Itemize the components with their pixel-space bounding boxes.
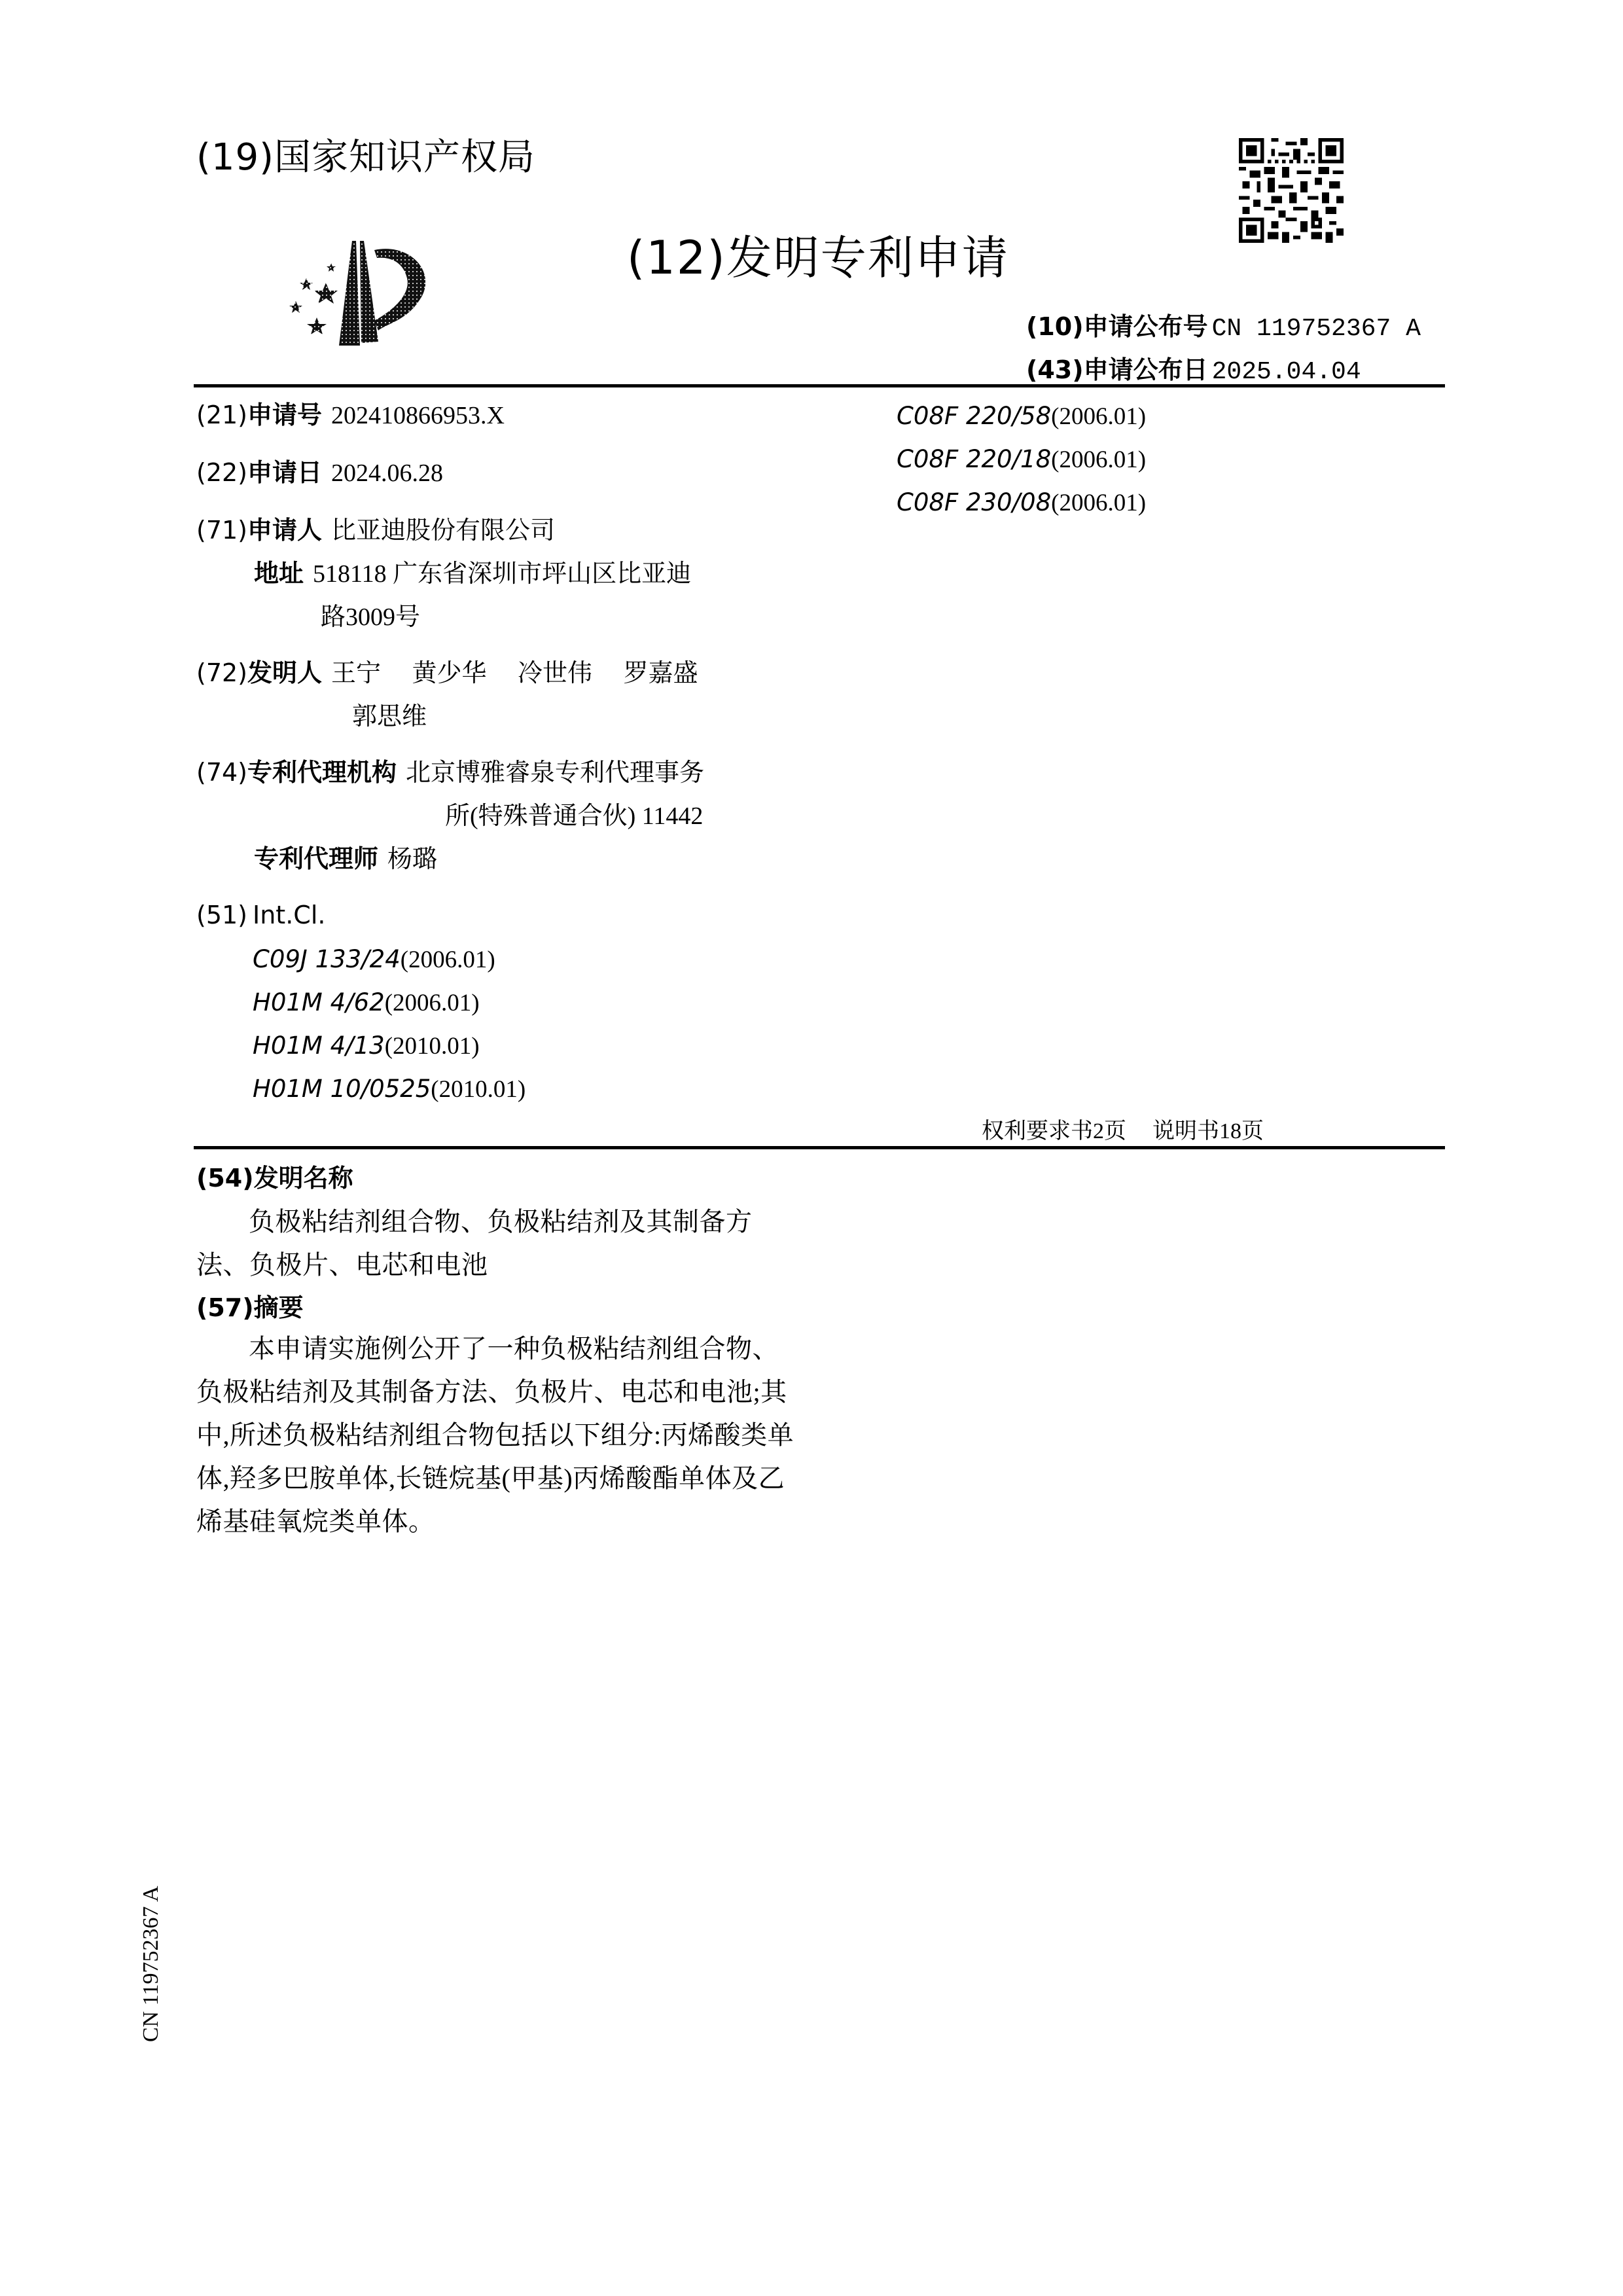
description-page-count: 说明书18页 [1152, 1119, 1264, 1143]
document-type-title: (12)发明专利申请 [627, 221, 1009, 287]
applicant-value: 比亚迪股份有限公司 [331, 517, 555, 545]
inventors-field: (72)发明人王宁 黄少华 冷世伟 罗嘉盛 [196, 660, 698, 687]
address-field: 地址518118 广东省深圳市坪山区比亚迪 [254, 560, 691, 587]
inventors-label: 发明人 [247, 658, 322, 687]
claims-page-count: 权利要求书2页 [982, 1119, 1126, 1143]
inventors-line-1: 王宁 黄少华 冷世伟 罗嘉盛 [331, 660, 698, 687]
top-divider [194, 384, 1445, 387]
address-label: 地址 [254, 559, 304, 588]
abstract-text: 本申请实施例公开了一种负极粘结剂组合物、负极粘结剂及其制备方法、负极片、电芯和电… [196, 1327, 798, 1543]
int-cl-version: (2010.01) [385, 1033, 480, 1060]
inventors-line-2-row: 郭思维 [352, 703, 427, 730]
applicant-label: 申请人 [247, 516, 322, 545]
field-code: (74) [196, 758, 247, 787]
int-cl-code: H01M 4/62 [253, 988, 385, 1016]
field-code: (71) [196, 516, 247, 545]
agency-field: (74)专利代理机构北京博雅睿泉专利代理事务 [196, 759, 704, 786]
application-number-value: 202410866953.X [331, 402, 505, 429]
int-cl-label: Int.Cl. [253, 901, 325, 929]
address-line-2: 路3009号 [321, 603, 420, 631]
int-cl-field: (51)Int.Cl. [196, 902, 325, 928]
int-cl-entry: C09J 133/24(2006.01) [253, 945, 495, 974]
inventors-line-2: 郭思维 [352, 703, 427, 730]
int-cl-code: H01M 10/0525 [253, 1075, 431, 1103]
int-cl-version: (2006.01) [1051, 446, 1146, 473]
cnipa-logo-icon [262, 223, 425, 347]
int-cl-entry: C08F 220/58(2006.01) [897, 402, 1146, 431]
int-cl-code: C08F 230/08 [897, 488, 1051, 516]
int-cl-code: C08F 220/58 [897, 402, 1051, 430]
int-cl-version: (2010.01) [431, 1076, 526, 1103]
abstract-heading-text: (57)摘要 [196, 1293, 304, 1322]
agent-label: 专利代理师 [254, 844, 378, 873]
int-cl-version: (2006.01) [1051, 490, 1146, 516]
page-counts: 权利要求书2页说明书18页 [982, 1113, 1264, 1145]
agent-field: 专利代理师杨璐 [254, 846, 437, 872]
publication-date-row: (43)申请公布日2025.04.04 [1026, 350, 1361, 386]
title-heading: (54)发明名称 [196, 1165, 353, 1191]
address-line-2-row: 路3009号 [321, 603, 420, 630]
field-code: (72) [196, 658, 247, 687]
bottom-divider [194, 1146, 1445, 1149]
publication-number-value: CN 119752367 A [1212, 315, 1421, 343]
filing-date-value: 2024.06.28 [331, 459, 443, 487]
int-cl-version: (2006.01) [1051, 403, 1146, 430]
int-cl-code: C08F 220/18 [897, 445, 1051, 473]
int-cl-entry: C08F 230/08(2006.01) [897, 488, 1146, 517]
title-heading-text: (54)发明名称 [196, 1164, 353, 1193]
field-code: (51) [196, 901, 247, 929]
agency-label: 专利代理机构 [247, 758, 397, 787]
int-cl-entry: H01M 4/62(2006.01) [253, 988, 480, 1017]
application-number-field: (21)申请号202410866953.X [196, 402, 505, 429]
field-code: (21) [196, 401, 247, 429]
agency-line-1: 北京博雅睿泉专利代理事务 [406, 759, 704, 787]
applicant-field: (71)申请人比亚迪股份有限公司 [196, 517, 555, 544]
office-name: (19)国家知识产权局 [196, 128, 535, 181]
publication-date-label: (43)申请公布日 [1026, 355, 1208, 384]
qr-code-icon[interactable] [1239, 137, 1344, 243]
int-cl-code: C09J 133/24 [253, 945, 401, 973]
publication-date-value: 2025.04.04 [1212, 358, 1361, 386]
publication-number-row: (10)申请公布号CN 119752367 A [1026, 306, 1421, 343]
int-cl-version: (2006.01) [401, 946, 495, 973]
int-cl-code: H01M 4/13 [253, 1031, 385, 1060]
int-cl-version: (2006.01) [385, 990, 480, 1016]
int-cl-entry: H01M 10/0525(2010.01) [253, 1075, 526, 1103]
agent-value: 杨璐 [387, 846, 437, 873]
publication-number-label: (10)申请公布号 [1026, 312, 1208, 341]
int-cl-entry: H01M 4/13(2010.01) [253, 1031, 480, 1060]
filing-date-field: (22)申请日2024.06.28 [196, 459, 443, 486]
agency-line-2-row: 所(特殊普通合伙) 11442 [445, 802, 703, 829]
int-cl-entry: C08F 220/18(2006.01) [897, 445, 1146, 474]
address-line-1: 518118 广东省深圳市坪山区比亚迪 [313, 560, 691, 588]
filing-date-label: 申请日 [247, 458, 322, 487]
application-number-label: 申请号 [247, 401, 322, 429]
agency-line-2: 所(特殊普通合伙) 11442 [445, 802, 703, 830]
abstract-heading: (57)摘要 [196, 1295, 304, 1321]
invention-title: 负极粘结剂组合物、负极粘结剂及其制备方法、负极片、电芯和电池 [196, 1200, 798, 1287]
field-code: (22) [196, 458, 247, 487]
side-publication-number: CN 119752367 A [139, 1886, 164, 2042]
